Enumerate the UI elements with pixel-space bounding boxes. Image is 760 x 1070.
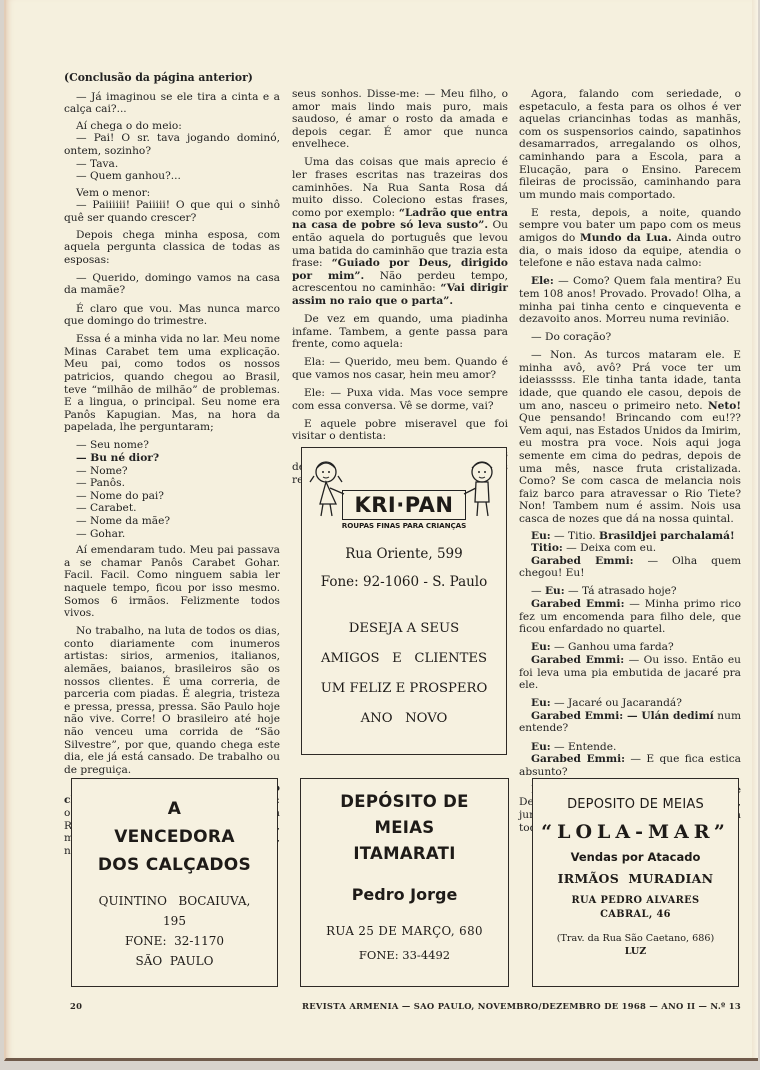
vencedora-address: QUINTINO BOCAIUVA, (72, 891, 277, 911)
article-paragraph: Uma das coisas que mais aprecio é ler fr… (292, 156, 508, 307)
itamarati-title-line: MEIAS (301, 815, 508, 841)
article-paragraph: No trabalho, na luta de todos os dias, c… (64, 625, 280, 776)
page-number: 20 (70, 1001, 82, 1011)
ad-deposito-itamarati: DEPÓSITO DE MEIAS ITAMARATI Pedro Jorge … (300, 778, 509, 987)
article-paragraph: — Eu: — Tá atrasado hoje? (519, 585, 741, 598)
article-paragraph: Garabed Emmi: — Minha primo rico fez um … (519, 598, 741, 636)
article-paragraph: — Nome? (64, 465, 280, 478)
article-column-3: Agora, falando com seriedade, o espetacu… (519, 88, 741, 840)
running-footer: REVISTA ARMENIA — SAO PAULO, NOVEMBRO/DE… (281, 1001, 741, 1011)
article-paragraph: Agora, falando com seriedade, o espetacu… (519, 88, 741, 201)
article-paragraph: E aquele pobre miseravel que foi visitar… (292, 418, 508, 443)
article-paragraph: Aí emendaram tudo. Meu pai passava a se … (64, 544, 280, 620)
itamarati-title: DEPÓSITO DE MEIAS ITAMARATI (301, 789, 508, 867)
kripan-message-line: UM FELIZ E PROSPERO (302, 680, 506, 697)
article-paragraph: Garabed Emmi: — Olha quem chegou! Eu! (519, 555, 741, 580)
lolamar-note-line: (Trav. da Rua São Caetano, 686) (533, 932, 738, 945)
article-paragraph: — Querido, domingo vamos na casa da mamã… (64, 272, 280, 297)
vencedora-title: A VENCEDORA DOS CALÇADOS (72, 795, 277, 879)
lolamar-subtitle: Vendas por Atacado (533, 850, 738, 864)
article-paragraph: Garabed Emmi: — E que fica estica absunt… (519, 753, 741, 778)
article-paragraph: — Nome da mãe? (64, 515, 280, 528)
article-paragraph: Depois chega minha esposa, com aquela pe… (64, 229, 280, 267)
article-paragraph: — Bu né dior? (64, 452, 280, 465)
kripan-address: Rua Oriente, 599 (302, 544, 506, 564)
article-paragraph: Aí chega o do meio: (64, 120, 280, 133)
magazine-page: (Conclusão da página anterior) — Já imag… (4, 0, 758, 1061)
article-column-1: (Conclusão da página anterior) — Já imag… (64, 72, 280, 863)
vencedora-title-line: A (72, 795, 277, 823)
article-paragraph: — Do coração? (519, 331, 741, 344)
itamarati-phone: FONE: 33-4492 (301, 948, 508, 962)
vencedora-title-line: DOS CALÇADOS (72, 851, 277, 879)
kripan-message-line: DESEJA A SEUS (302, 620, 506, 637)
article-paragraph: E resta, depois, a noite, quando sempre … (519, 207, 741, 270)
vencedora-title-line: VENCEDORA (72, 823, 277, 851)
article-paragraph: — Já imaginou se ele tira a cinta e a ca… (64, 91, 280, 116)
article-paragraph: — Paiiiiii! Paiiiii! O que qui o sinhô q… (64, 199, 280, 224)
article-column-2: seus sonhos. Disse-me: — Meu filho, o am… (292, 88, 508, 492)
kripan-logo: KRI·PAN ROUPAS FINAS PARA CRIANÇAS (302, 454, 506, 534)
vencedora-phone: FONE: 32-1170 (72, 931, 277, 951)
vencedora-address-number: 195 (72, 911, 277, 931)
itamarati-title-line: ITAMARATI (301, 841, 508, 867)
lolamar-note: (Trav. da Rua São Caetano, 686) LUZ (533, 932, 738, 958)
itamarati-title-line: DEPÓSITO DE (301, 789, 508, 815)
article-paragraph: Garabed Emmi: — Ou isso. Então eu foi le… (519, 654, 741, 692)
article-paragraph: Eu: — Jacaré ou Jacarandá? (519, 697, 741, 710)
article-paragraph: — Quem ganhou?... (64, 170, 280, 183)
article-paragraph: — Pai! O sr. tava jogando dominó, ontem,… (64, 132, 280, 157)
article-paragraph: — Nome do pai? (64, 490, 280, 503)
itamarati-owner: Pedro Jorge (301, 885, 508, 904)
ad-lola-mar: DEPOSITO DE MEIAS “LOLA-MAR” Vendas por … (532, 778, 739, 987)
kripan-brand: KRI·PAN (342, 490, 466, 520)
article-paragraph: seus sonhos. Disse-me: — Meu filho, o am… (292, 88, 508, 151)
kripan-phone: Fone: 92-1060 - S. Paulo (302, 572, 506, 592)
ad-vencedora-dos-calcados: A VENCEDORA DOS CALÇADOS QUINTINO BOCAIU… (71, 778, 278, 987)
article-paragraph: Essa é a minha vida no lar. Meu nome Min… (64, 333, 280, 434)
article-paragraph: Eu: — Titio. Brasildjei parchalamá! (519, 530, 741, 543)
kripan-message-line: ANO NOVO (302, 710, 506, 727)
continuation-note: (Conclusão da página anterior) (64, 72, 280, 85)
lolamar-address: RUA PEDRO ALVARES CABRAL, 46 (533, 894, 738, 922)
article-paragraph: Eu: — Entende. (519, 741, 741, 754)
lolamar-note-line: LUZ (533, 945, 738, 958)
article-paragraph: — Carabet. (64, 502, 280, 515)
article-paragraph: Garabed Emmi: — Ulán dedimí num entende? (519, 710, 741, 735)
boy-cartoon-icon (460, 458, 500, 520)
page-edge (752, 0, 758, 1058)
article-paragraph: — Panôs. (64, 477, 280, 490)
lolamar-brand: “LOLA-MAR” (533, 821, 738, 843)
lolamar-heading: DEPOSITO DE MEIAS (533, 797, 738, 812)
article-paragraph: — Seu nome? (64, 439, 280, 452)
kripan-message-line: AMIGOS E CLIENTES (302, 650, 506, 667)
kripan-message: DESEJA A SEUS AMIGOS E CLIENTES UM FELIZ… (302, 620, 506, 727)
vencedora-city: SÃO PAULO (72, 951, 277, 971)
article-paragraph: Eu: — Ganhou uma farda? (519, 641, 741, 654)
article-paragraph: É claro que vou. Mas nunca marco que dom… (64, 303, 280, 328)
kripan-tagline: ROUPAS FINAS PARA CRIANÇAS (302, 521, 506, 530)
article-paragraph: Ele: — Como? Quem fala mentira? Eu tem 1… (519, 275, 741, 325)
lolamar-address-line: CABRAL, 46 (533, 908, 738, 922)
article-paragraph: — Non. As turcos mataram ele. E minha av… (519, 349, 741, 525)
article-paragraph: De vez em quando, uma piadinha infame. T… (292, 313, 508, 351)
lolamar-address-line: RUA PEDRO ALVARES (533, 894, 738, 908)
article-paragraph: — Gohar. (64, 528, 280, 541)
vencedora-contact: QUINTINO BOCAIUVA, 195 FONE: 32-1170 SÃO… (72, 891, 277, 971)
lolamar-owners: IRMÃOS MURADIAN (533, 871, 738, 886)
article-paragraph: — Tava. (64, 158, 280, 171)
article-paragraph: Ela: — Querido, meu bem. Quando é que va… (292, 356, 508, 381)
article-paragraph: Ele: — Puxa vida. Mas voce sempre com es… (292, 387, 508, 412)
article-paragraph: Titio: — Deixa com eu. (519, 542, 741, 555)
itamarati-address: RUA 25 DE MARÇO, 680 (301, 924, 508, 938)
ad-kripan: KRI·PAN ROUPAS FINAS PARA CRIANÇAS Rua O… (301, 447, 507, 755)
article-paragraph: Vem o menor: (64, 187, 280, 200)
